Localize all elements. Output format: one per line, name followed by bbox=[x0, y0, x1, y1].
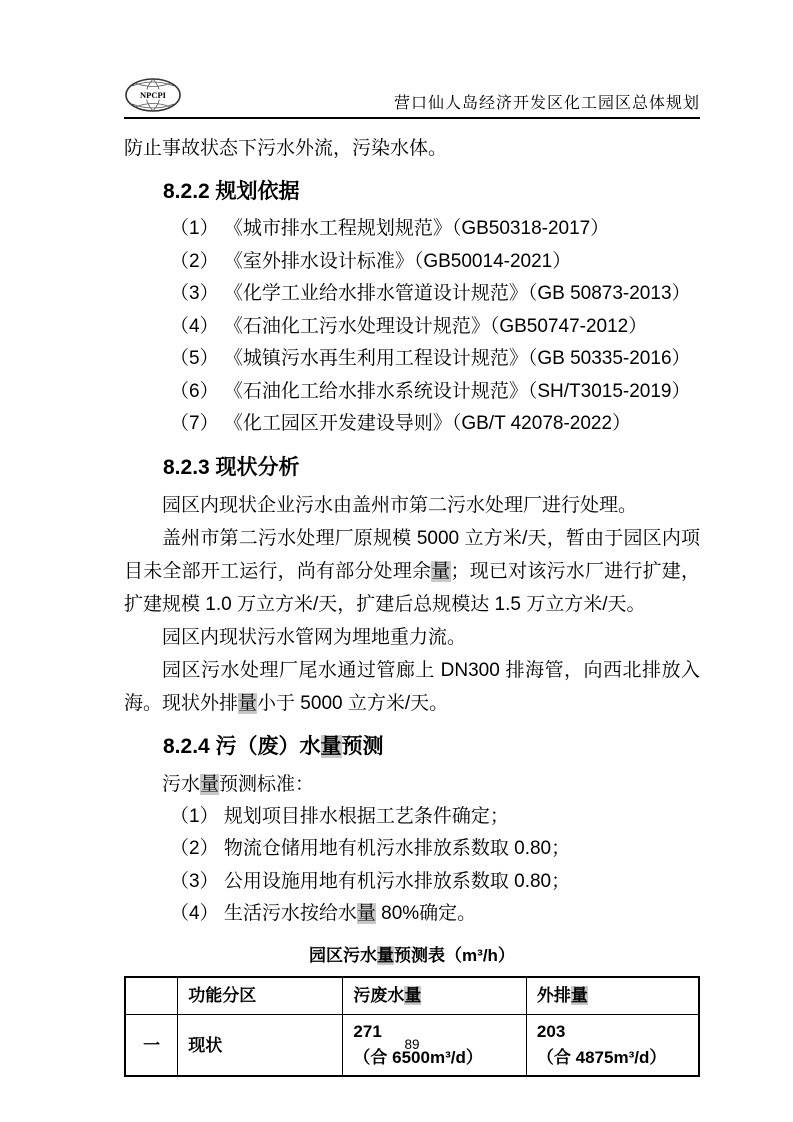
paragraph: 园区污水处理厂尾水通过管廊上 DN300 排海管，向西北排放入海。现状外排量小于… bbox=[124, 654, 700, 720]
wastewater-forecast-table: 功能分区 污废水量 外排量 一 现状 271 （合 6500m³/d） 203 … bbox=[124, 976, 700, 1078]
heading-8-2-2: 8.2.2 规划依据 bbox=[124, 177, 700, 207]
col-header-wastewater: 污废水量 bbox=[343, 977, 526, 1015]
paragraph: 盖州市第二污水处理厂原规模 5000 立方米/天，暂由于园区内项目未全部开工运行… bbox=[124, 522, 700, 621]
globe-logo-icon: NPCPI bbox=[124, 76, 182, 114]
table-header-row: 功能分区 污废水量 外排量 bbox=[125, 977, 699, 1015]
page-header: NPCPI 营口仙人岛经济开发区化工园区总体规划 bbox=[124, 0, 700, 119]
reference-item: （7） 《化工园区开发建设导则》（GB/T 42078-2022） bbox=[124, 408, 700, 441]
col-header-discharge: 外排量 bbox=[526, 977, 699, 1015]
criteria-item: （2） 物流仓储用地有机污水排放系数取 0.80； bbox=[124, 833, 700, 866]
document-body: 防止事故状态下污水外流，污染水体。 8.2.2 规划依据 （1） 《城市排水工程… bbox=[124, 132, 700, 1077]
paragraph: 污水量预测标准： bbox=[124, 768, 700, 801]
table-caption: 园区污水量预测表（m³/h） bbox=[124, 945, 700, 967]
heading-8-2-3: 8.2.3 现状分析 bbox=[124, 453, 700, 483]
criteria-item: （3） 公用设施用地有机污水排放系数取 0.80； bbox=[124, 866, 700, 899]
reference-item: （2） 《室外排水设计标准》（GB50014-2021） bbox=[124, 246, 700, 279]
document-page: NPCPI 营口仙人岛经济开发区化工园区总体规划 防止事故状态下污水外流，污染水… bbox=[0, 0, 793, 1122]
criteria-item: （4） 生活污水按给水量 80%确定。 bbox=[124, 898, 700, 931]
reference-item: （4） 《石油化工污水处理设计规范》（GB50747-2012） bbox=[124, 311, 700, 344]
reference-item: （6） 《石油化工给水排水系统设计规范》（SH/T3015-2019） bbox=[124, 376, 700, 409]
criteria-item: （1） 规划项目排水根据工艺条件确定； bbox=[124, 801, 700, 834]
npcpi-logo: NPCPI bbox=[124, 76, 182, 114]
paragraph: 园区内现状企业污水由盖州市第二污水处理厂进行处理。 bbox=[124, 489, 700, 522]
heading-8-2-4: 8.2.4 污（废）水量预测 bbox=[124, 732, 700, 762]
paragraph: 园区内现状污水管网为埋地重力流。 bbox=[124, 621, 700, 654]
col-header-index bbox=[125, 977, 178, 1015]
page-number: 89 bbox=[124, 1037, 700, 1052]
col-header-zone: 功能分区 bbox=[178, 977, 343, 1015]
reference-item: （3） 《化学工业给水排水管道设计规范》（GB 50873-2013） bbox=[124, 278, 700, 311]
reference-item: （1） 《城市排水工程规划规范》（GB50318-2017） bbox=[124, 213, 700, 246]
paragraph-intro: 防止事故状态下污水外流，污染水体。 bbox=[124, 132, 700, 165]
document-title: 营口仙人岛经济开发区化工园区总体规划 bbox=[394, 90, 700, 114]
logo-text: NPCPI bbox=[140, 90, 167, 100]
reference-item: （5） 《城镇污水再生利用工程设计规范》（GB 50335-2016） bbox=[124, 343, 700, 376]
